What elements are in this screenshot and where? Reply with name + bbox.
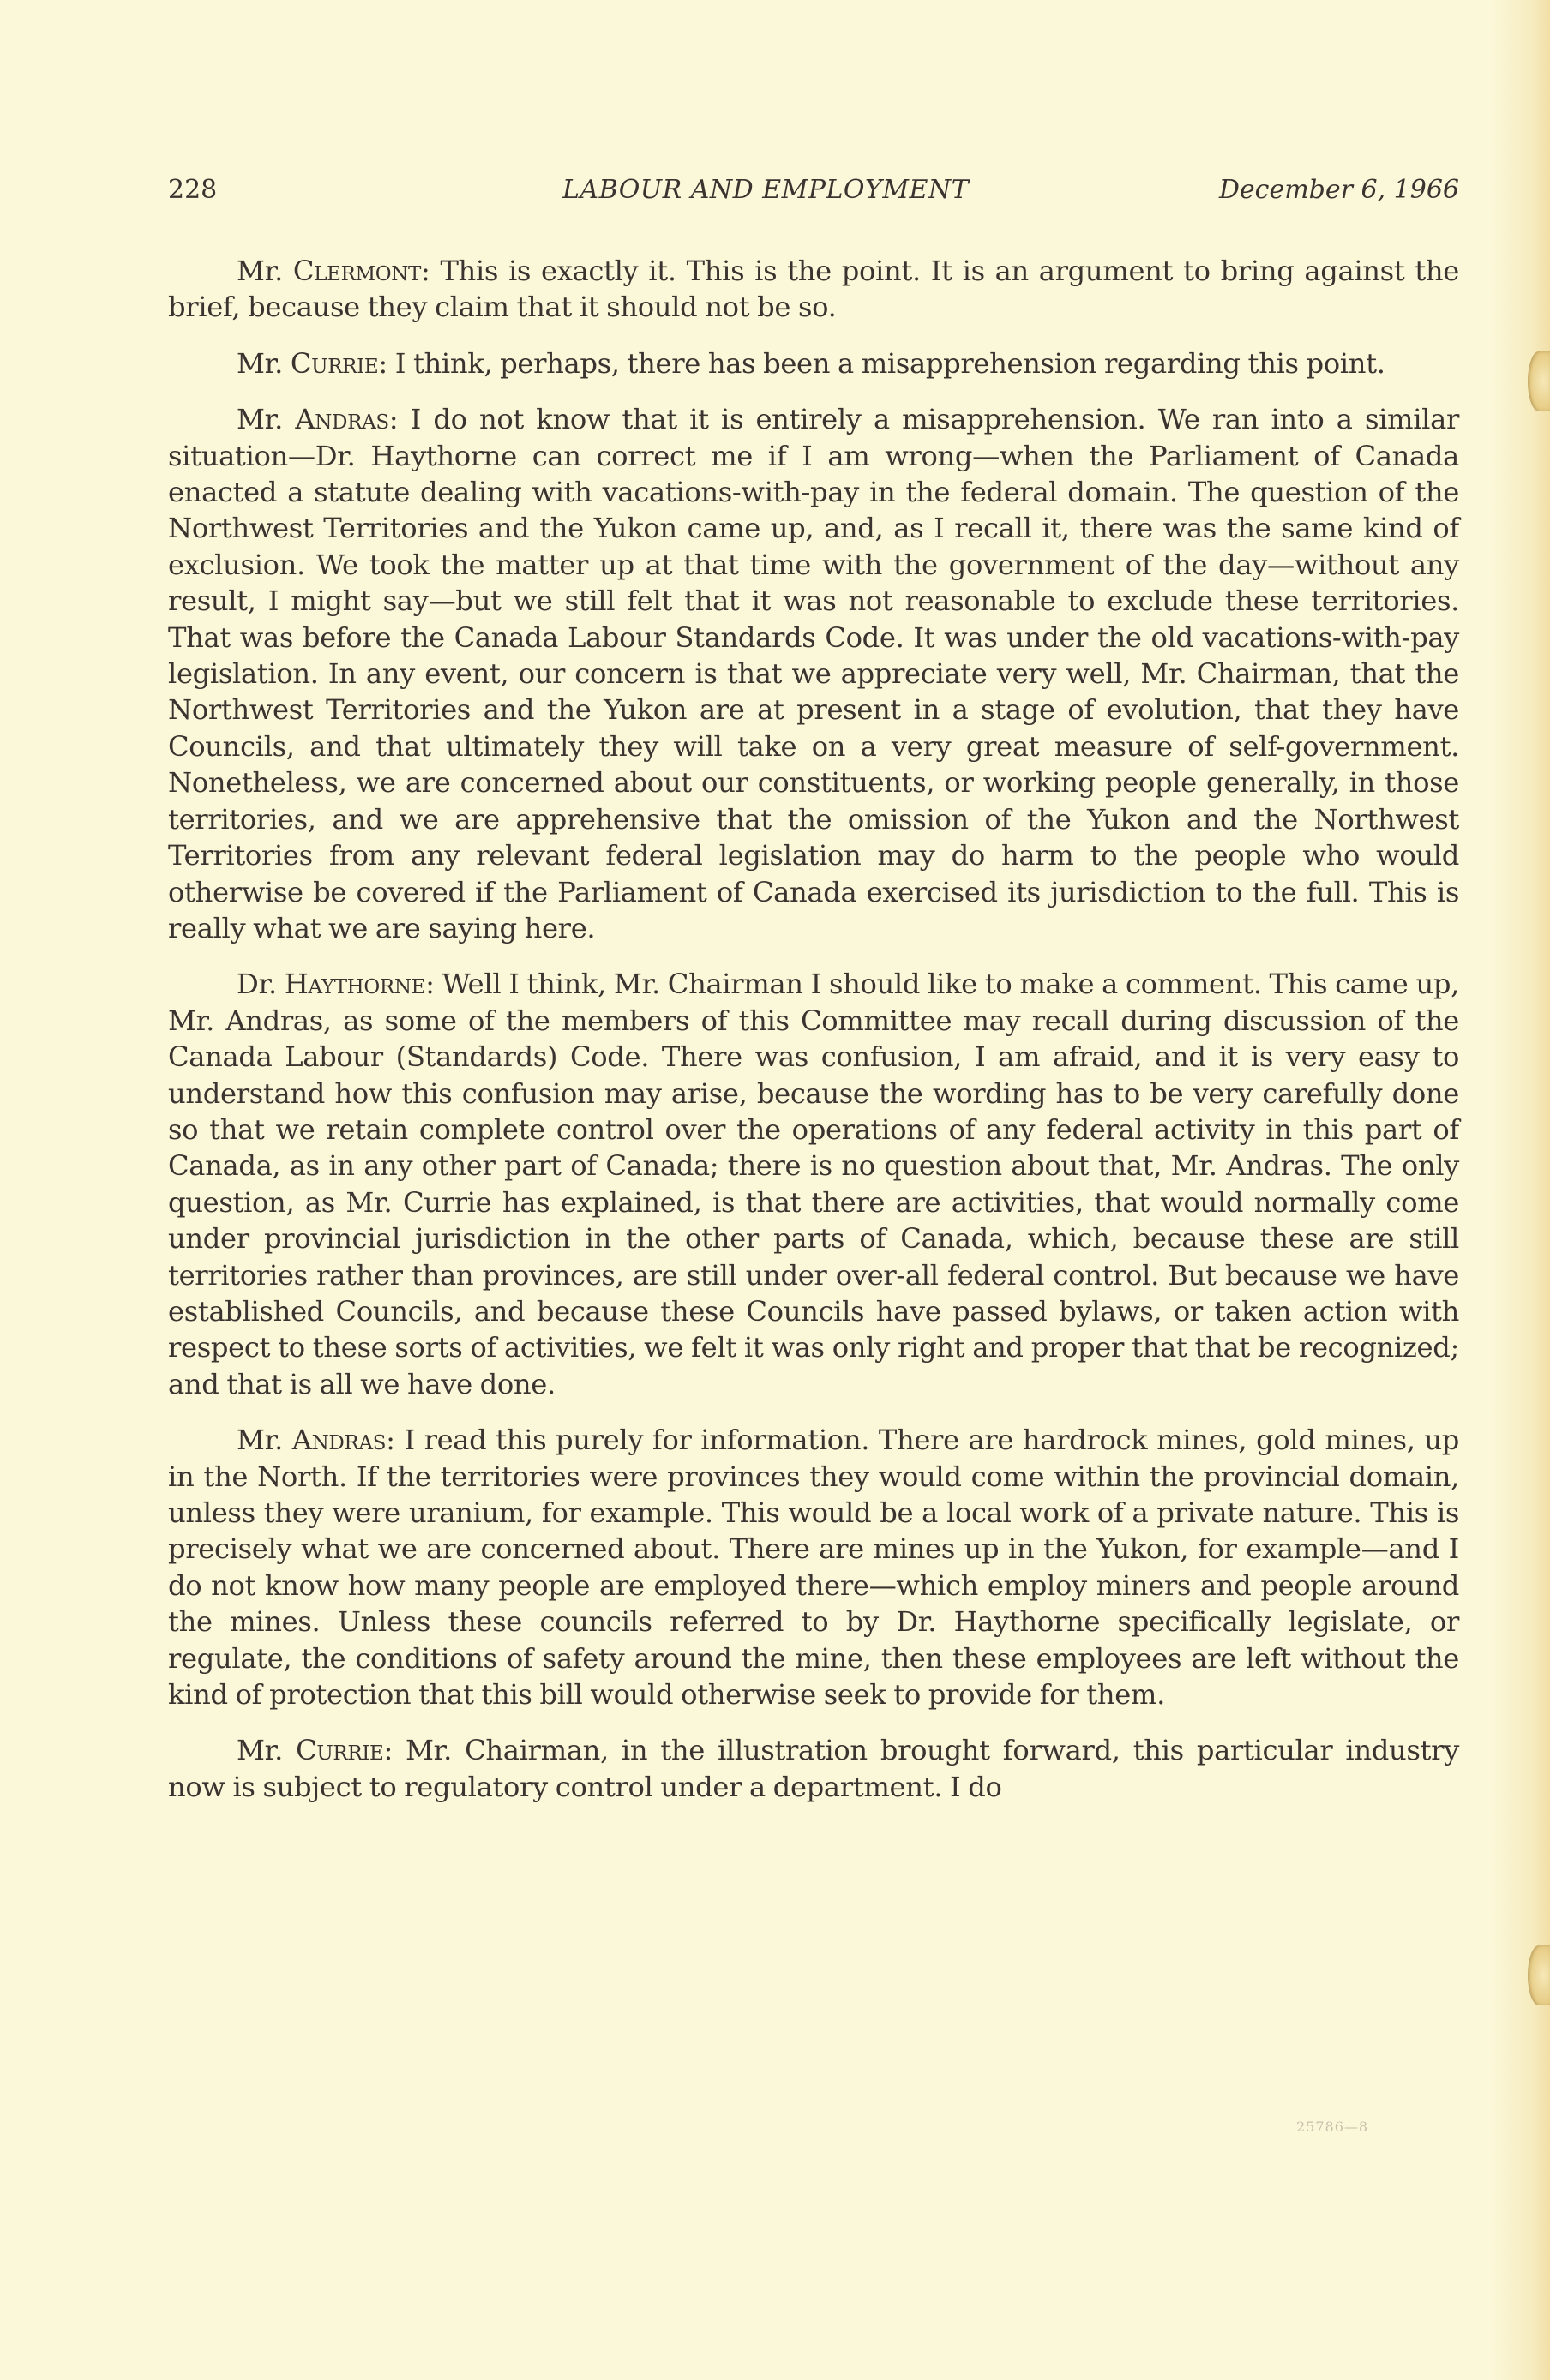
running-head: 228 LABOUR AND EMPLOYMENT December 6, 19… [168,171,1459,209]
paragraph-haythorne-1: Dr. Haythorne: Well I think, Mr. Chairma… [168,966,1459,1402]
speaker-title: Mr. [237,1424,283,1456]
paragraph-andras-2: Mr. Andras: I read this purely for infor… [168,1422,1459,1712]
paragraph-currie-2: Mr. Currie: Mr. Chairman, in the illustr… [168,1732,1459,1805]
paragraph-text: Well I think, Mr. Chairman I should like… [168,968,1459,1400]
printer-signature-mark: 25786—8 [1296,2119,1368,2135]
speaker-title: Mr. [237,1734,283,1766]
speaker-title: Dr. [237,968,277,1000]
transcript-body: Mr. Clermont: This is exactly it. This i… [168,253,1459,1825]
paragraph-andras-1: Mr. Andras: I do not know that it is ent… [168,401,1459,946]
paragraph-text: I read this purely for information. Ther… [168,1424,1459,1711]
running-title: LABOUR AND EMPLOYMENT [562,171,969,209]
paragraph-text: I do not know that it is entirely a misa… [168,403,1459,944]
paragraph-currie-1: Mr. Currie: I think, perhaps, there has … [168,345,1459,381]
speaker-name: Andras [295,403,388,435]
paragraph-clermont-1: Mr. Clermont: This is exactly it. This i… [168,253,1459,326]
page-number: 228 [168,171,217,209]
speaker-title: Mr. [237,347,283,380]
speaker-name: Currie [291,347,378,380]
speaker-title: Mr. [237,255,283,287]
speaker-name: Currie [296,1734,383,1766]
speaker-title: Mr. [237,403,283,435]
issue-date: December 6, 1966 [1219,171,1459,209]
binding-hole-bottom [1528,1945,1550,2005]
binding-hole-top [1528,351,1550,411]
paragraph-text: I think, perhaps, there has been a misap… [395,347,1385,380]
speaker-name: Andras [292,1424,386,1456]
speaker-name: Haythorne [285,968,425,1000]
speaker-name: Clermont [293,255,421,287]
